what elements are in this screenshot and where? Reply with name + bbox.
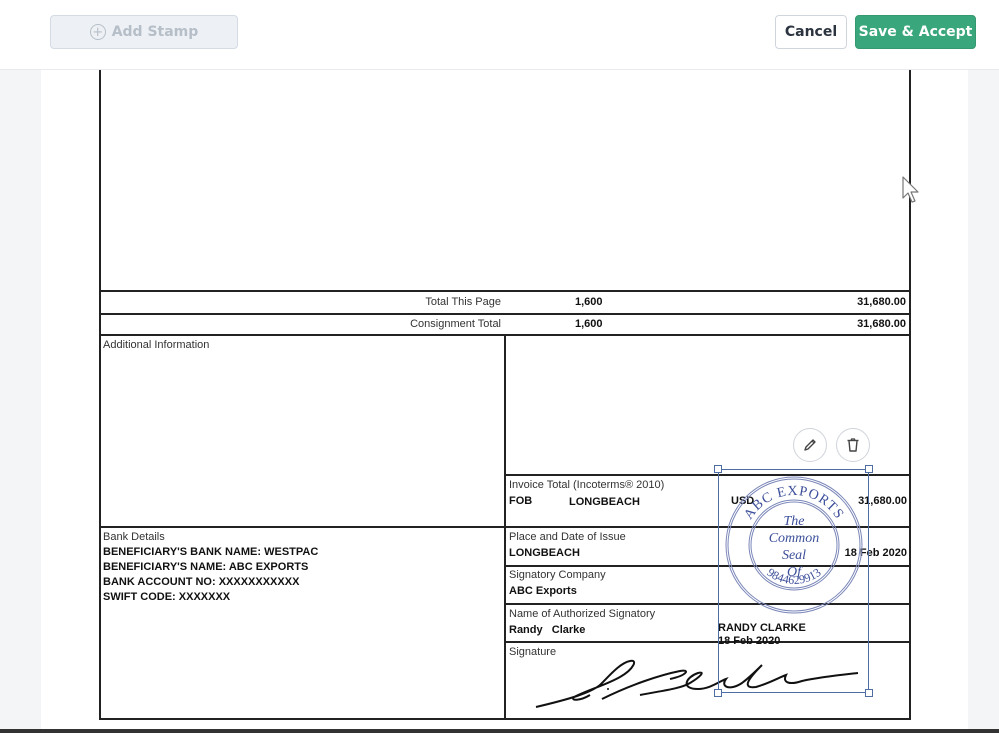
- consignment-total-amount: 31,680.00: [780, 318, 906, 330]
- total-this-page-label: Total This Page: [360, 296, 501, 308]
- stamp-line: Common: [769, 531, 820, 546]
- authorized-signatory-label: Name of Authorized Signatory: [509, 608, 655, 620]
- invoice-place: LONGBEACH: [569, 496, 640, 508]
- edit-stamp-button[interactable]: [793, 428, 827, 462]
- place-date-label: Place and Date of Issue: [509, 531, 626, 543]
- authorized-signatory-value: Randy Clarke: [509, 624, 585, 636]
- mouse-cursor-icon: [902, 176, 920, 204]
- issue-place: LONGBEACH: [509, 547, 580, 559]
- common-seal-stamp: ABC EXPORTS 9844629913 The Common Seal O…: [722, 473, 866, 617]
- stamp-line: Seal: [782, 548, 806, 563]
- bank-detail-line: SWIFT CODE: XXXXXXX: [103, 591, 230, 603]
- add-stamp-button[interactable]: + Add Stamp: [50, 15, 238, 49]
- resize-handle-bottom-right[interactable]: [865, 689, 873, 697]
- total-this-page-quantity: 1,600: [575, 296, 603, 308]
- invoice-total-label: Invoice Total (Incoterms® 2010): [509, 479, 664, 491]
- bank-detail-line: BENEFICIARY'S BANK NAME: WESTPAC: [103, 546, 318, 558]
- resize-handle-top-right[interactable]: [865, 465, 873, 473]
- plus-circle-icon: +: [90, 24, 106, 40]
- resize-handle-top-left[interactable]: [714, 465, 722, 473]
- signatory-company-value: ABC Exports: [509, 585, 577, 597]
- pencil-icon: [802, 437, 818, 453]
- resize-handle-bottom-left[interactable]: [714, 689, 722, 697]
- bank-details-label: Bank Details: [103, 531, 165, 543]
- consignment-total-label: Consignment Total: [360, 318, 501, 330]
- bank-detail-line: BANK ACCOUNT NO: XXXXXXXXXXX: [103, 576, 299, 588]
- add-stamp-label: Add Stamp: [112, 24, 199, 40]
- toolbar: + Add Stamp Cancel Save & Accept: [0, 0, 999, 70]
- invoice-term: FOB: [509, 495, 532, 507]
- total-this-page-amount: 31,680.00: [780, 296, 906, 308]
- delete-stamp-button[interactable]: [836, 428, 870, 462]
- bank-detail-line: BENEFICIARY'S NAME: ABC EXPORTS: [103, 561, 308, 573]
- save-accept-button[interactable]: Save & Accept: [855, 15, 976, 49]
- bottom-bar: [0, 729, 999, 733]
- signatory-company-label: Signatory Company: [509, 569, 606, 581]
- cancel-button[interactable]: Cancel: [775, 15, 847, 49]
- consignment-total-quantity: 1,600: [575, 318, 603, 330]
- stamp-line: Of: [787, 565, 803, 580]
- trash-icon: [845, 437, 861, 453]
- stamp-line: The: [784, 514, 805, 529]
- additional-information-label: Additional Information: [103, 339, 209, 351]
